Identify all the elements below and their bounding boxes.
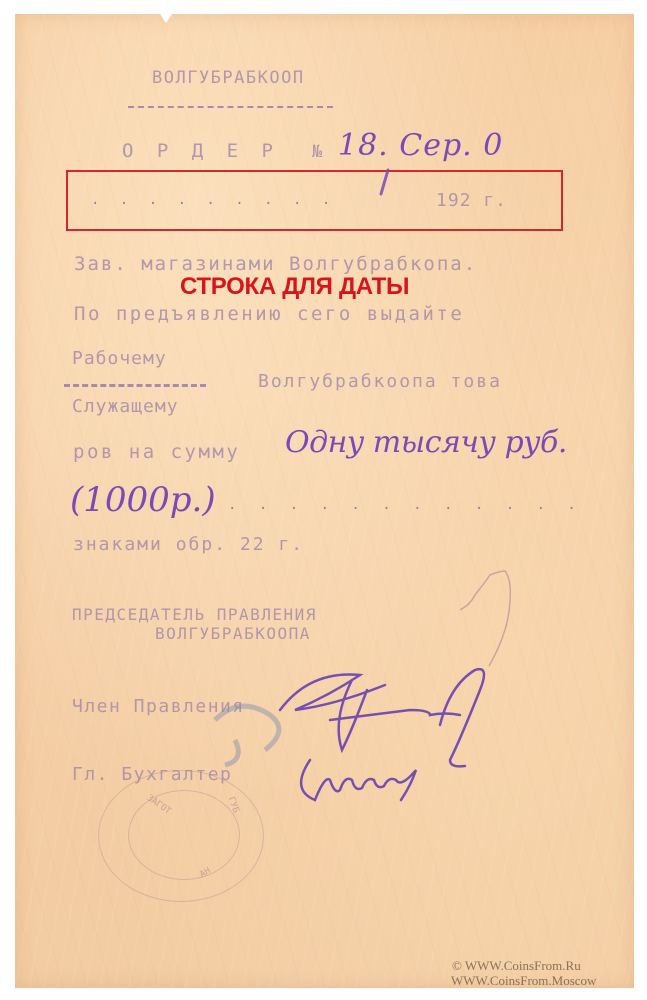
recipient-separator [64, 384, 206, 387]
order-number-handwritten: 18. Сер. 0 [338, 128, 503, 163]
organization-header: ВОЛГУБРАБКООП [152, 68, 305, 88]
board-member-label: Член Правления [72, 696, 245, 717]
currency-line: знаками обр. 22 г. [73, 534, 304, 555]
paper-tear-notch [160, 14, 172, 23]
round-stamp-inner [128, 790, 240, 880]
recipient-worker: Рабочему [72, 348, 167, 369]
body-line-1: Зав. магазинами Волгубрабкопа. [74, 253, 477, 275]
order-number-prefix: № [312, 142, 323, 162]
watermark-line-1: © WWW.CoinsFrom.Ru [452, 958, 581, 973]
date-line-highlight-box [66, 170, 563, 231]
amount-words-handwritten: Одну тысячу руб. [285, 425, 567, 460]
amount-typed: ров на сумму [73, 441, 240, 463]
body-line-2: По предъявлению сего выдайте [74, 303, 464, 325]
chairman-title-line1: ПРЕДСЕДАТЕЛЬ ПРАВЛЕНИЯ [72, 605, 317, 624]
order-label: О Р Д Е Р [122, 140, 279, 162]
page: ВОЛГУБРАБКООП О Р Д Е Р № 18. Сер. 0 . .… [0, 0, 647, 1000]
amount-dots: . . . . . . . . . . . . [228, 497, 583, 513]
date-line-annotation-label: СТРОКА ДЛЯ ДАТЫ [180, 273, 409, 301]
continuation-line: Волгубрабкоопа това [258, 371, 502, 392]
chairman-title-line2: ВОЛГУБРАБКООПА [155, 624, 311, 643]
watermark-line-2: WWW.CoinsFrom.Moscow [451, 973, 596, 988]
header-underline [128, 106, 333, 108]
amount-numeric-handwritten: (1000р.) [70, 480, 216, 520]
recipient-employee: Служащему [72, 396, 179, 417]
